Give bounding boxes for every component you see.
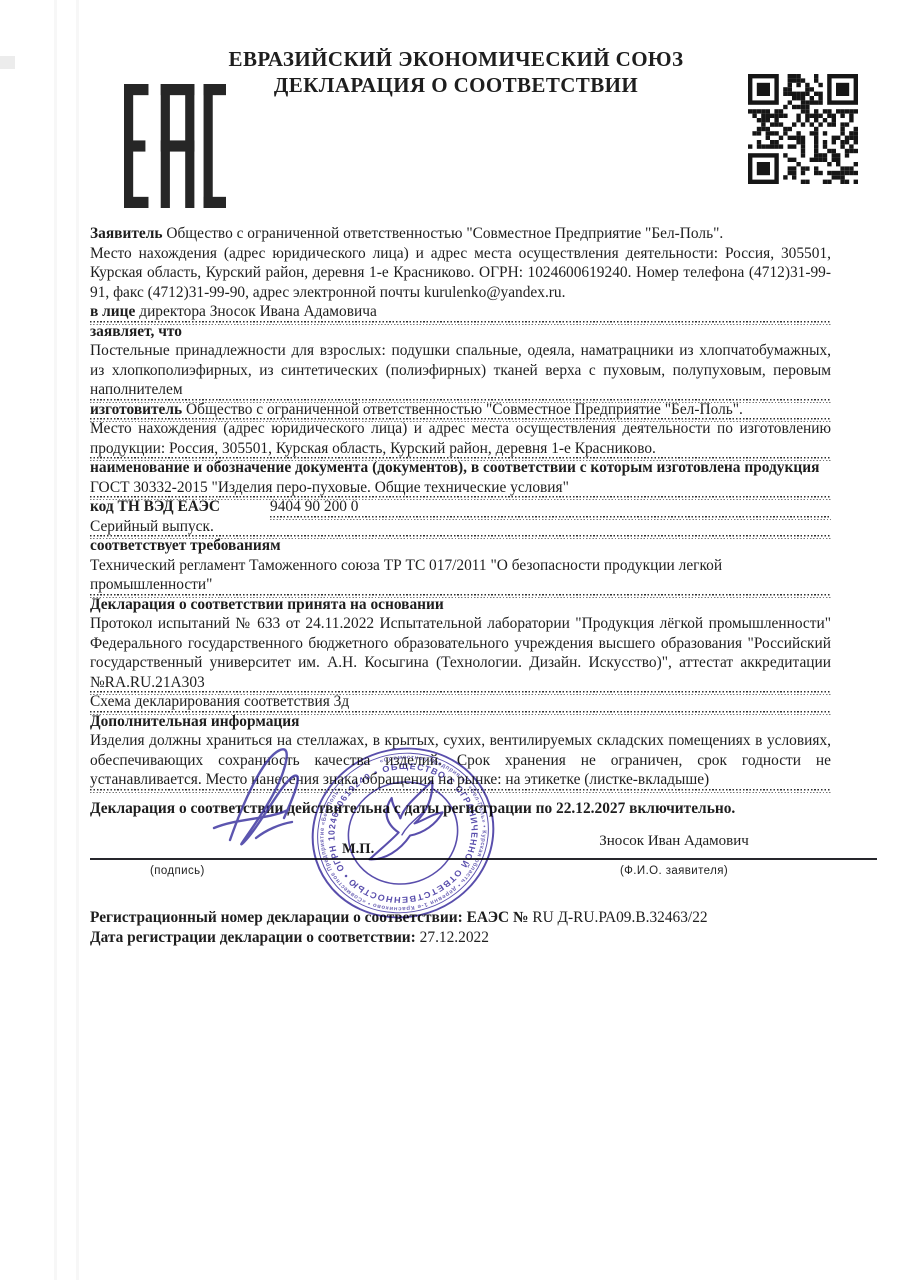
registration-date-line: Дата регистрации декларации о соответств… — [90, 928, 831, 948]
document-title: ЕВРАЗИЙСКИЙ ЭКОНОМИЧЕСКИЙ СОЮЗ ДЕКЛАРАЦИ… — [150, 46, 762, 98]
registration-number-value: RU Д-RU.РА09.В.32463/22 — [532, 909, 707, 926]
scheme-line: Схема декларирования соответствия 3д — [90, 692, 831, 712]
applicant-person-line: в лице директора Зносок Ивана Адамовича — [90, 302, 831, 322]
manufacturer-line: изготовитель Общество с ограниченной отв… — [90, 400, 831, 420]
declarant-name-caption: (Ф.И.О. заявителя) — [558, 862, 790, 882]
applicant-company: Общество с ограниченной ответственностью… — [166, 225, 723, 242]
docs-label: наименование и обозначение документа (до… — [90, 458, 831, 478]
title-line-declaration: ДЕКЛАРАЦИЯ О СООТВЕТСТВИИ — [150, 72, 762, 98]
scan-artifact-band — [76, 0, 79, 1280]
company-round-stamp: ОБЩЕСТВО С ОГРАНИЧЕННОЙ ОТВЕТСТВЕННОСТЬЮ… — [304, 739, 502, 927]
basis-label: Декларация о соответствии принята на осн… — [90, 595, 831, 615]
product-description: Постельные принадлежности для взрослых: … — [90, 341, 831, 400]
applicant-line: Заявитель Общество с ограниченной ответс… — [90, 224, 831, 244]
title-line-union: ЕВРАЗИЙСКИЙ ЭКОНОМИЧЕСКИЙ СОЮЗ — [150, 46, 762, 72]
basis-text: Протокол испытаний № 633 от 24.11.2022 И… — [90, 614, 831, 692]
signature-caption: (подпись) — [150, 862, 205, 882]
declarant-name: Зносок Иван Адамович — [558, 832, 790, 852]
registration-date-label: Дата регистрации декларации о соответств… — [90, 929, 416, 946]
declares-label: заявляет, что — [90, 322, 831, 342]
qr-code — [748, 74, 858, 184]
dove-icon — [352, 781, 450, 862]
person-name: директора Зносок Ивана Адамовича — [139, 303, 377, 320]
eac-conformity-mark-icon — [124, 84, 226, 208]
requirements-text: Технический регламент Таможенного союза … — [90, 556, 831, 595]
declaration-document-page: ЕВРАЗИЙСКИЙ ЭКОНОМИЧЕСКИЙ СОЮЗ ДЕКЛАРАЦИ… — [0, 0, 915, 1280]
person-label: в лице — [90, 303, 135, 320]
tnved-code: 9404 90 200 0 — [270, 498, 359, 515]
scan-artifact-mark — [0, 56, 15, 69]
requirements-label: соответствует требованиям — [90, 536, 831, 556]
gost-line: ГОСТ 30332-2015 "Изделия перо-пуховые. О… — [90, 478, 831, 498]
applicant-address: Место нахождения (адрес юридического лиц… — [90, 244, 831, 303]
scan-artifact-band — [54, 0, 57, 1280]
tnved-row: код ТН ВЭД ЕАЭС9404 90 200 0 — [90, 497, 831, 517]
serial-line: Серийный выпуск. — [90, 517, 831, 537]
registration-date-value: 27.12.2022 — [420, 929, 489, 946]
additional-label: Дополнительная информация — [90, 712, 831, 732]
manufacturer-address: Место нахождения (адрес юридического лиц… — [90, 419, 831, 458]
applicant-label: Заявитель — [90, 225, 163, 242]
manufacturer-label: изготовитель — [90, 401, 182, 418]
tnved-label: код ТН ВЭД ЕАЭС — [90, 497, 270, 517]
manufacturer-company: Общество с ограниченной ответственностью… — [186, 401, 743, 418]
